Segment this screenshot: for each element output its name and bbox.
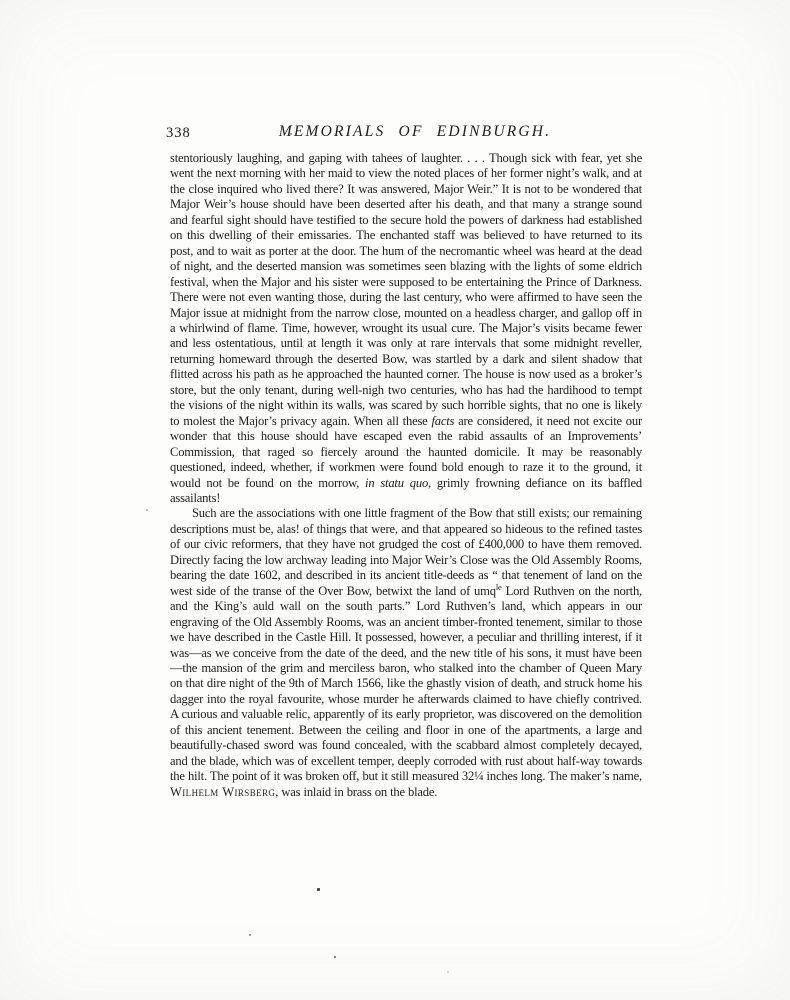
italic-segment: in statu quo [365, 476, 428, 490]
paragraph: stentoriously laughing, and gaping with … [170, 151, 642, 506]
dust-speck [334, 956, 336, 958]
dust-speck [249, 934, 251, 936]
dust-speck [290, 133, 292, 135]
paragraph: Such are the associations with one littl… [170, 506, 642, 800]
dust-speck [447, 971, 449, 973]
book-page: 338 MEMORIALS OF EDINBURGH. stentoriousl… [0, 0, 790, 1000]
italic-segment: facts [431, 414, 454, 428]
page-header: 338 MEMORIALS OF EDINBURGH. [0, 123, 790, 145]
dust-speck [146, 509, 148, 511]
text-segment: , was inlaid in brass on the blade. [275, 785, 437, 799]
body-text: stentoriously laughing, and gaping with … [170, 151, 642, 800]
smallcaps-segment: Wilhelm Wirsberg [170, 785, 275, 799]
dust-speck [317, 888, 320, 891]
running-title: MEMORIALS OF EDINBURGH. [20, 123, 790, 141]
text-segment: stentoriously laughing, and gaping with … [170, 151, 642, 428]
text-segment: Lord Ruthven on the north, and the King’… [170, 584, 642, 783]
